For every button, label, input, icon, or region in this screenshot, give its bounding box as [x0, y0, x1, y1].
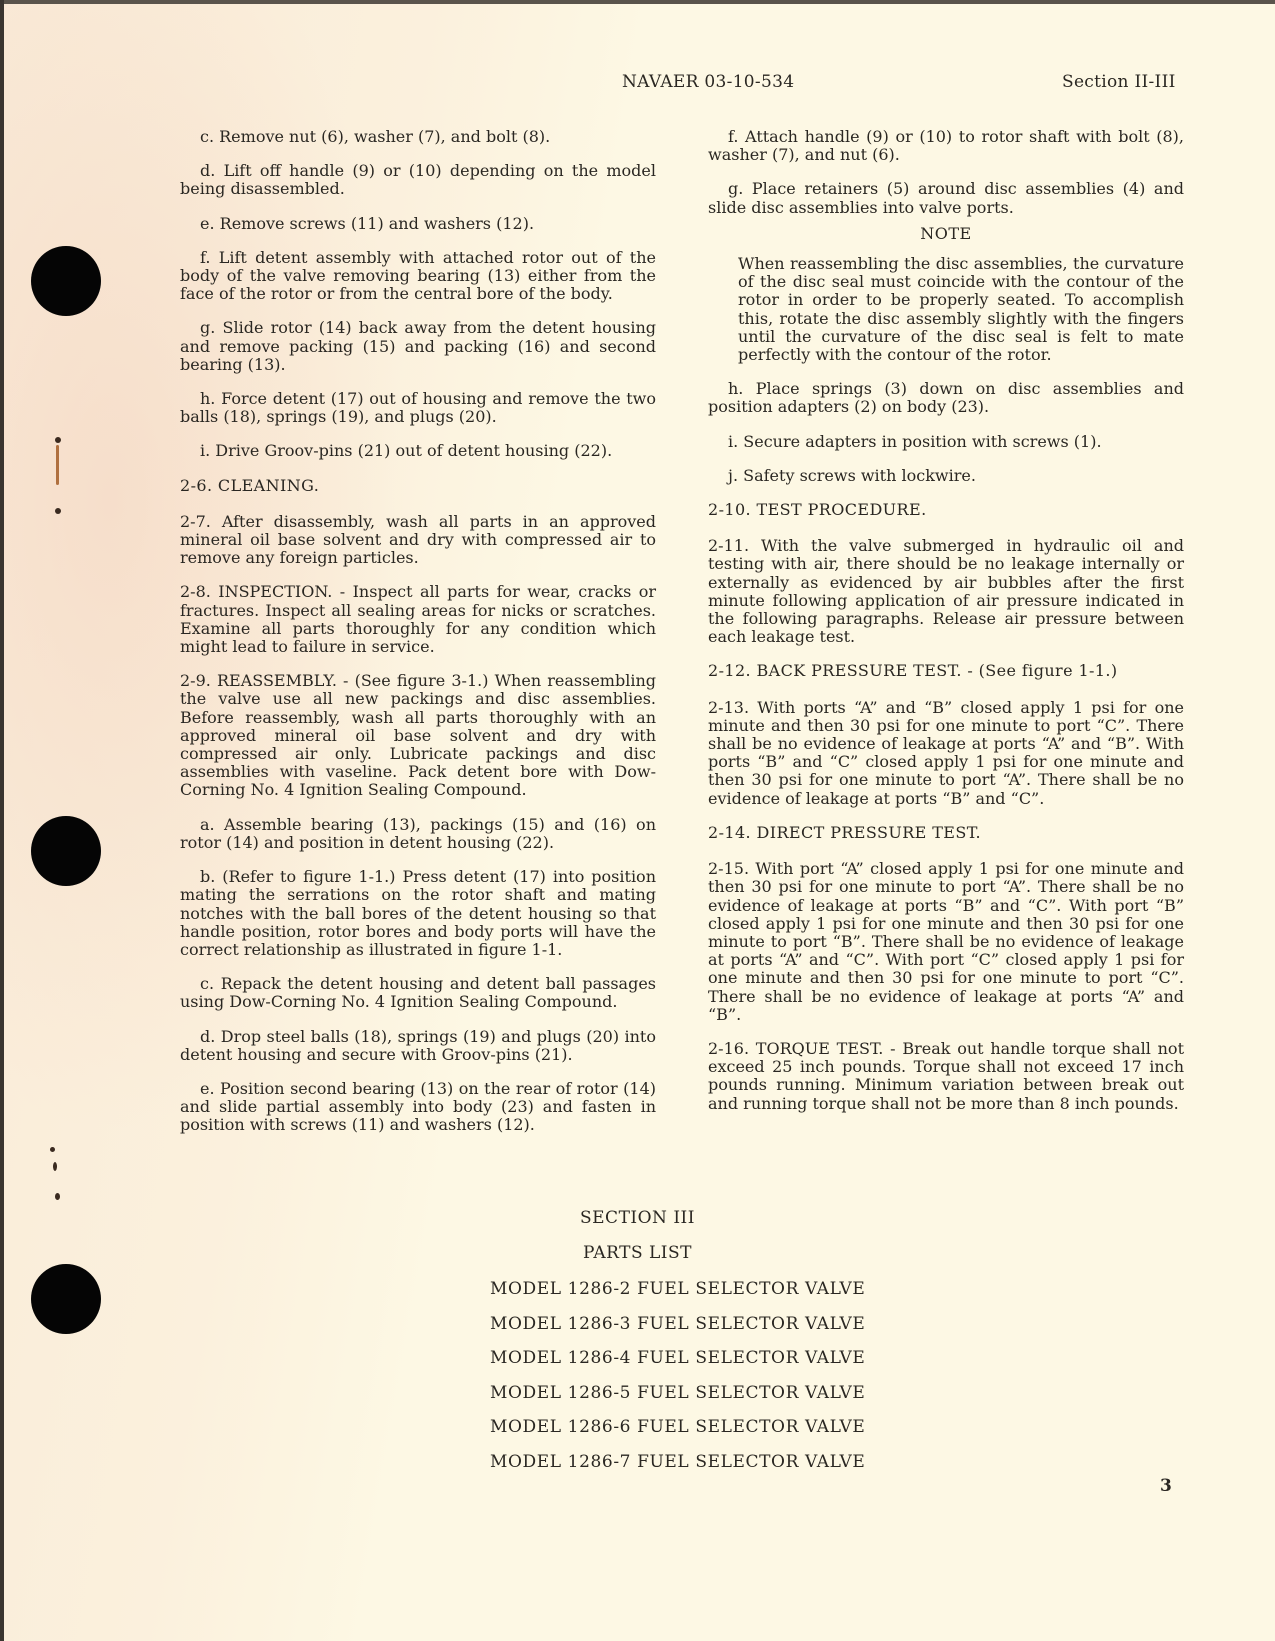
- procedure-step: h. Place springs (3) down on disc assemb…: [708, 380, 1184, 416]
- note-body: When reassembling the disc assemblies, t…: [738, 255, 1184, 364]
- margin-mark: [55, 508, 61, 514]
- scan-left-edge: [0, 0, 4, 1641]
- parts-list-title: PARTS LIST: [0, 1245, 1275, 1280]
- procedure-step: b. (Refer to figure 1-1.) Press detent (…: [180, 868, 656, 959]
- document-number: NAVAER 03-10-534: [622, 72, 794, 92]
- page-number: 3: [1160, 1476, 1172, 1496]
- procedure-step: a. Assemble bearing (13), packings (15) …: [180, 816, 656, 852]
- model-item: MODEL 1286-6 FUEL SELECTOR VALVE: [490, 1419, 865, 1454]
- section-heading: 2-12. BACK PRESSURE TEST. - (See figure …: [708, 662, 1184, 680]
- model-item: MODEL 1286-7 FUEL SELECTOR VALVE: [490, 1454, 865, 1489]
- paragraph: 2-11. With the valve submerged in hydrau…: [708, 537, 1184, 646]
- margin-mark: [55, 1193, 60, 1200]
- paragraph: 2-15. With port “A” closed apply 1 psi f…: [708, 860, 1184, 1024]
- margin-mark: [55, 437, 61, 443]
- paragraph: 2-13. With ports “A” and “B” closed appl…: [708, 699, 1184, 808]
- margin-mark: [53, 1162, 57, 1171]
- section-heading: 2-14. DIRECT PRESSURE TEST.: [708, 824, 1184, 842]
- paragraph: 2-9. REASSEMBLY. - (See figure 3-1.) Whe…: [180, 672, 656, 799]
- model-list: MODEL 1286-2 FUEL SELECTOR VALVE MODEL 1…: [490, 1281, 865, 1489]
- scan-top-edge: [0, 0, 1275, 4]
- section-title: SECTION III: [0, 1210, 1275, 1245]
- procedure-step: c. Remove nut (6), washer (7), and bolt …: [180, 128, 656, 146]
- procedure-step: i. Drive Groov-pins (21) out of detent h…: [180, 442, 656, 460]
- note-title: NOTE: [708, 225, 1184, 243]
- procedure-step: e. Position second bearing (13) on the r…: [180, 1080, 656, 1135]
- procedure-step: h. Force detent (17) out of housing and …: [180, 390, 656, 426]
- procedure-step: i. Secure adapters in position with scre…: [708, 433, 1184, 451]
- punch-hole-top: [31, 246, 101, 316]
- punch-hole-middle: [31, 816, 101, 886]
- section-label: Section II-III: [1062, 72, 1176, 92]
- model-item: MODEL 1286-4 FUEL SELECTOR VALVE: [490, 1350, 865, 1385]
- right-column: f. Attach handle (9) or (10) to rotor sh…: [708, 128, 1184, 1129]
- left-column: c. Remove nut (6), washer (7), and bolt …: [180, 128, 656, 1151]
- procedure-step: e. Remove screws (11) and washers (12).: [180, 215, 656, 233]
- margin-mark: [56, 445, 59, 485]
- section-heading: 2-10. TEST PROCEDURE.: [708, 501, 1184, 519]
- procedure-step: d. Drop steel balls (18), springs (19) a…: [180, 1028, 656, 1064]
- margin-mark: [50, 1147, 55, 1152]
- paragraph: 2-7. After disassembly, wash all parts i…: [180, 513, 656, 568]
- procedure-step: g. Slide rotor (14) back away from the d…: [180, 319, 656, 374]
- procedure-step: d. Lift off handle (9) or (10) depending…: [180, 162, 656, 198]
- model-item: MODEL 1286-5 FUEL SELECTOR VALVE: [490, 1385, 865, 1420]
- paragraph: 2-16. TORQUE TEST. - Break out handle to…: [708, 1040, 1184, 1113]
- procedure-step: f. Attach handle (9) or (10) to rotor sh…: [708, 128, 1184, 164]
- procedure-step: c. Repack the detent housing and detent …: [180, 975, 656, 1011]
- paragraph: 2-8. INSPECTION. - Inspect all parts for…: [180, 583, 656, 656]
- model-item: MODEL 1286-2 FUEL SELECTOR VALVE: [490, 1281, 865, 1316]
- procedure-step: f. Lift detent assembly with attached ro…: [180, 249, 656, 304]
- section-heading: 2-6. CLEANING.: [180, 477, 656, 495]
- procedure-step: g. Place retainers (5) around disc assem…: [708, 180, 1184, 216]
- section-iii-heading: SECTION III PARTS LIST: [0, 1210, 1275, 1279]
- model-item: MODEL 1286-3 FUEL SELECTOR VALVE: [490, 1316, 865, 1351]
- procedure-step: j. Safety screws with lockwire.: [708, 467, 1184, 485]
